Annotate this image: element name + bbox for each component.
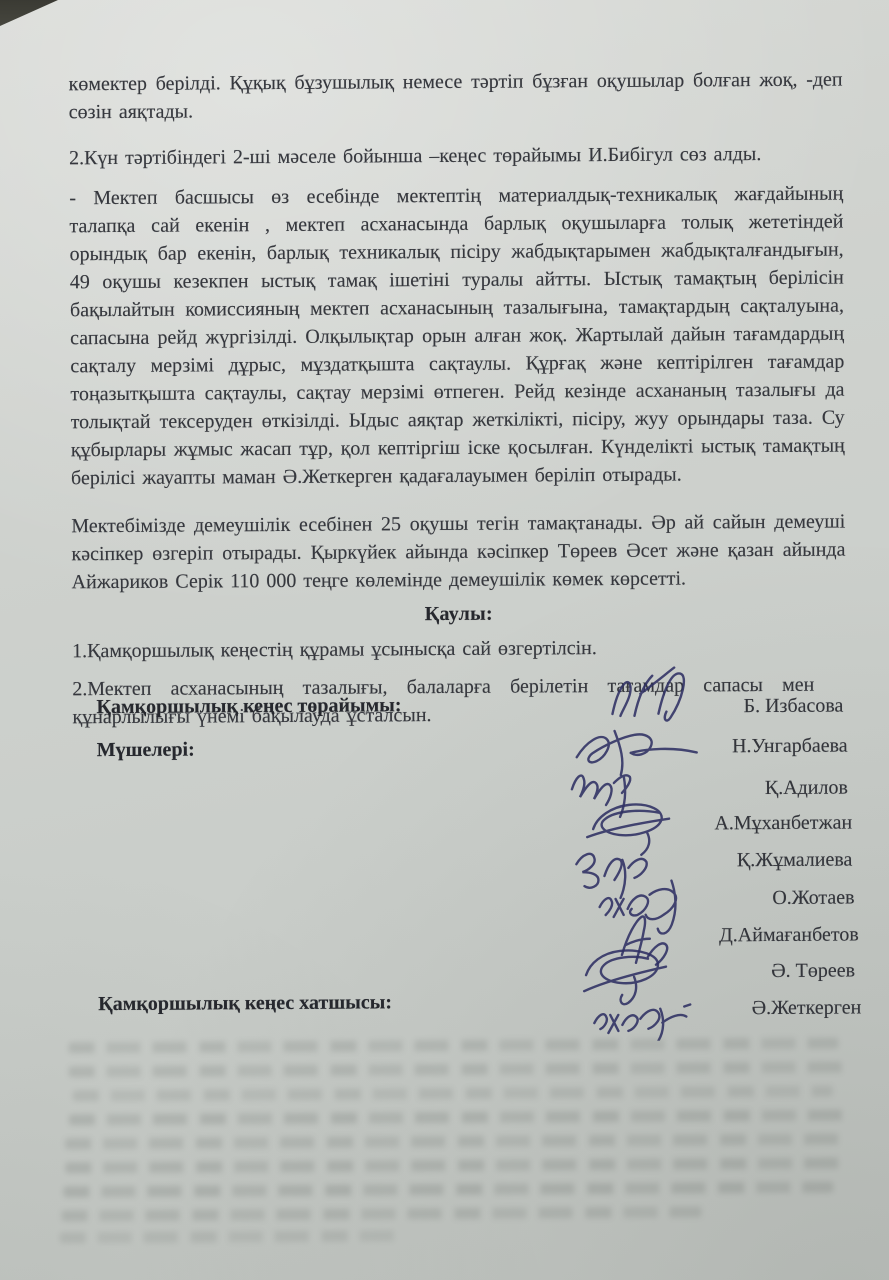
- signatory-name: Д.Аймағанбетов: [719, 923, 859, 947]
- secretary-label: Қамқоршылық кеңес хатшысы:: [98, 991, 392, 1016]
- signatory-name: Қ.Адилов: [765, 777, 848, 801]
- signatory-name: Б. Избасова: [744, 695, 844, 719]
- signatory-name: Қ.Жұмалиева: [737, 849, 853, 873]
- signature-section: Қамқоршылық кеңес төрайымы: Мүшелері: Қа…: [0, 0, 885, 3]
- document-body: көмектер берілді. Құқық бұзушылық немесе…: [68, 58, 846, 732]
- document-sheet: көмектер берілді. Құқық бұзушылық немесе…: [0, 0, 889, 1280]
- signature-zhotaev-ink: [591, 868, 723, 935]
- body-paragraph-3: - Мектеп басшысы өз есебінде мектептің м…: [69, 180, 845, 493]
- signatory-name: Ә. Төреев: [771, 959, 855, 983]
- body-paragraph-2: 2.Күн тәртібіндегі 2-ші мәселе бойынша –…: [69, 140, 843, 173]
- body-paragraph-1: көмектер берілді. Құқық бұзушылық немесе…: [69, 66, 843, 127]
- bleed-through-text: [0, 0, 885, 3]
- signature-adilov-ink: [566, 755, 676, 822]
- members-label: Мүшелері:: [97, 739, 195, 763]
- signature-toreev-ink: [576, 938, 708, 1015]
- scanned-document-photo: көмектер берілді. Құқық бұзушылық немесе…: [0, 0, 889, 1280]
- signatory-name: Ә.Жеткерген: [752, 996, 862, 1020]
- signatory-name: О.Жотаев: [772, 887, 854, 911]
- signature-zhetkergen-ink: [588, 978, 714, 1041]
- signatory-name: Н.Унгарбаева: [732, 735, 848, 759]
- signature-zhumalieva-ink: [566, 834, 676, 901]
- resolution-item-1: 1.Қамқоршылық кеңестің құрамы ұсынысқа с…: [72, 633, 846, 666]
- signatory-name: А.Мұханбетжан: [714, 812, 852, 836]
- signature-aimaganbetov-ink: [608, 906, 700, 973]
- resolution-heading: Қаулы:: [72, 598, 846, 631]
- body-paragraph-4: Мектебімізде демеушілік есебінен 25 оқуш…: [71, 508, 845, 597]
- signature-mukhanbetzhan-ink: [577, 788, 707, 859]
- chair-label: Қамқоршылық кеңес төрайымы:: [96, 694, 401, 719]
